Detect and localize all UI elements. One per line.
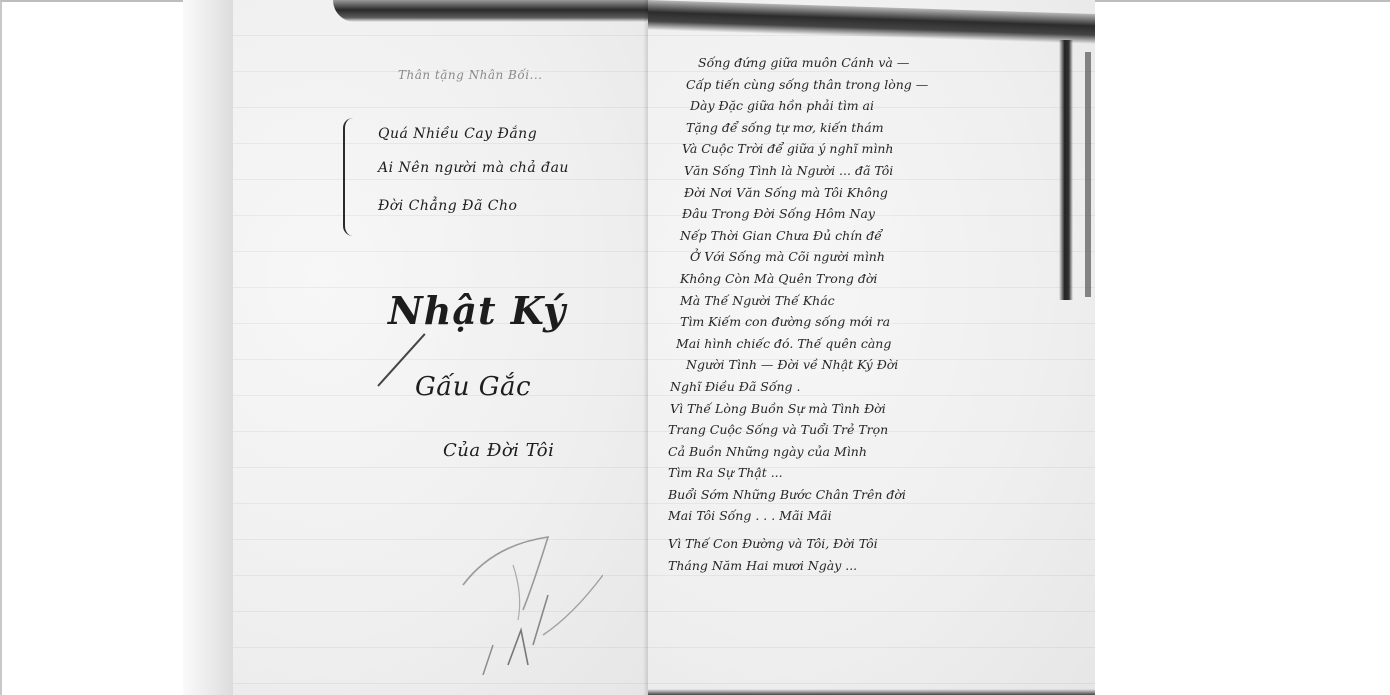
diary-byline: Của Đời Tôi xyxy=(443,440,554,461)
diary-line: Không Còn Mà Quên Trong đời xyxy=(668,268,1068,290)
diary-line: Tặng để sống tự mơ, kiến thám xyxy=(668,117,1068,139)
diary-entry-text: Sống đứng giữa muôn Cánh và — Cấp tiến c… xyxy=(668,52,1068,576)
diary-title: Nhật Ký xyxy=(388,288,566,333)
diary-line: Dày Đặc giữa hồn phải tìm ai xyxy=(668,95,1068,117)
diary-line: Nếp Thời Gian Chưa Đủ chín để xyxy=(668,225,1068,247)
diary-line: Văn Sống Tình là Người ... đã Tôi xyxy=(668,160,1068,182)
dedication-line-2: Ai Nên người mà chả đau xyxy=(378,160,569,176)
diary-line: Nghĩ Điều Đã Sống . xyxy=(668,376,1068,398)
diary-line: Sống đứng giữa muôn Cánh và — xyxy=(668,52,1068,74)
signature-mark xyxy=(453,525,603,675)
dedication-line-3: Đời Chẳng Đã Cho xyxy=(378,198,517,214)
diary-line: Mai Tôi Sống . . . Mãi Mãi xyxy=(668,505,1068,527)
dedication-line-1: Quá Nhiều Cay Đắng xyxy=(378,126,537,142)
page-bottom-edge xyxy=(648,689,1095,695)
diary-line: Tìm Kiếm con đường sống mới ra xyxy=(668,311,1068,333)
diary-line: Trang Cuộc Sống và Tuổi Trẻ Trọn xyxy=(668,419,1068,441)
diary-line: Đâu Trong Đời Sống Hôm Nay xyxy=(668,203,1068,225)
page-top-edge-shadow xyxy=(648,0,1095,44)
left-page: Thân tặng Nhân Bối... Quá Nhiều Cay Đắng… xyxy=(183,0,648,695)
diary-line: Người Tình — Đời về Nhật Ký Đời xyxy=(668,354,1068,376)
diary-line: Cả Buồn Những ngày của Mình xyxy=(668,441,1068,463)
dedication-brace xyxy=(343,118,355,236)
diary-line: Mai hình chiếc đó. Thế quên càng xyxy=(668,333,1068,355)
page-outer-margin xyxy=(183,0,233,695)
diary-line: Ở Với Sống mà Cõi người mình xyxy=(668,246,1068,268)
right-page: Sống đứng giữa muôn Cánh và — Cấp tiến c… xyxy=(648,0,1095,695)
diary-line: Và Cuộc Trời để giữa ý nghĩ mình xyxy=(668,138,1068,160)
diary-subtitle: Gấu Gắc xyxy=(415,372,531,402)
page-top-edge-shadow xyxy=(333,0,648,22)
dedication-heading: Thân tặng Nhân Bối... xyxy=(398,68,543,82)
diary-line: Tháng Năm Hai mươi Ngày ... xyxy=(668,555,1068,577)
diary-scan: Thân tặng Nhân Bối... Quá Nhiều Cay Đắng… xyxy=(183,0,1095,695)
diary-line: Tìm Ra Sự Thật ... xyxy=(668,462,1068,484)
diary-line: Vì Thế Lòng Buồn Sự mà Tình Đời xyxy=(668,398,1068,420)
diary-line: Mà Thế Người Thế Khác xyxy=(668,290,1068,312)
diary-line: Buổi Sớm Những Bước Chân Trên đời xyxy=(668,484,1068,506)
page-right-edge-line xyxy=(1085,52,1091,297)
diary-line: Cấp tiến cùng sống thân trong lòng — xyxy=(668,74,1068,96)
diary-line: Đời Nơi Văn Sống mà Tôi Không xyxy=(668,182,1068,204)
diary-line: Vì Thế Con Đường và Tôi, Đời Tôi xyxy=(668,533,1068,555)
